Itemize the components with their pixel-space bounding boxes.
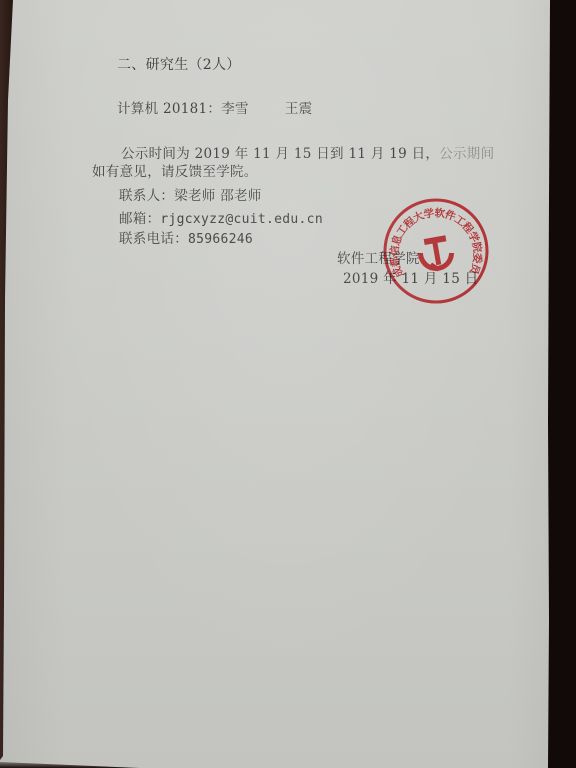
notice-line-2: 如有意见，请反馈至学院。 (92, 166, 258, 180)
phone-number: 85966246 (188, 232, 253, 247)
contact-phone: 联系电话：85966246 (119, 233, 253, 247)
official-seal-stamp: 成都信息工程大学软件工程学院委员会 (382, 197, 490, 305)
student-name: 李雪 (221, 101, 249, 117)
phone-label: 联系电话： (119, 231, 188, 247)
email-address: rjgcxyzz@cuit.edu.cn (160, 212, 323, 227)
contact-person-names: 梁老师 邵老师 (174, 188, 261, 204)
contact-email: 邮箱：rjgcxyzz@cuit.edu.cn (119, 213, 323, 227)
student-name: 王震 (285, 101, 313, 117)
major-class-label: 计算机 20181： (117, 101, 221, 117)
graduate-entry: 计算机 20181：李雪王震 (117, 103, 312, 117)
contact-persons: 联系人：梁老师 邵老师 (119, 190, 262, 204)
notice-period-faded-text: 公示期间 (439, 146, 494, 162)
hammer-sickle-icon (418, 235, 454, 271)
section-heading: 二、研究生（2人） (117, 58, 241, 72)
contact-person-label: 联系人： (119, 188, 174, 204)
paper-sheet: 二、研究生（2人） 计算机 20181：李雪王震 公示时间为 2019 年 11… (0, 0, 576, 768)
email-label: 邮箱： (119, 211, 160, 227)
photo-scene: 二、研究生（2人） 计算机 20181：李雪王震 公示时间为 2019 年 11… (0, 0, 576, 768)
notice-period-text: 公示时间为 2019 年 11 月 15 日到 11 月 19 日， (121, 146, 439, 162)
notice-line-1: 公示时间为 2019 年 11 月 15 日到 11 月 19 日，公示期间 (121, 148, 494, 162)
